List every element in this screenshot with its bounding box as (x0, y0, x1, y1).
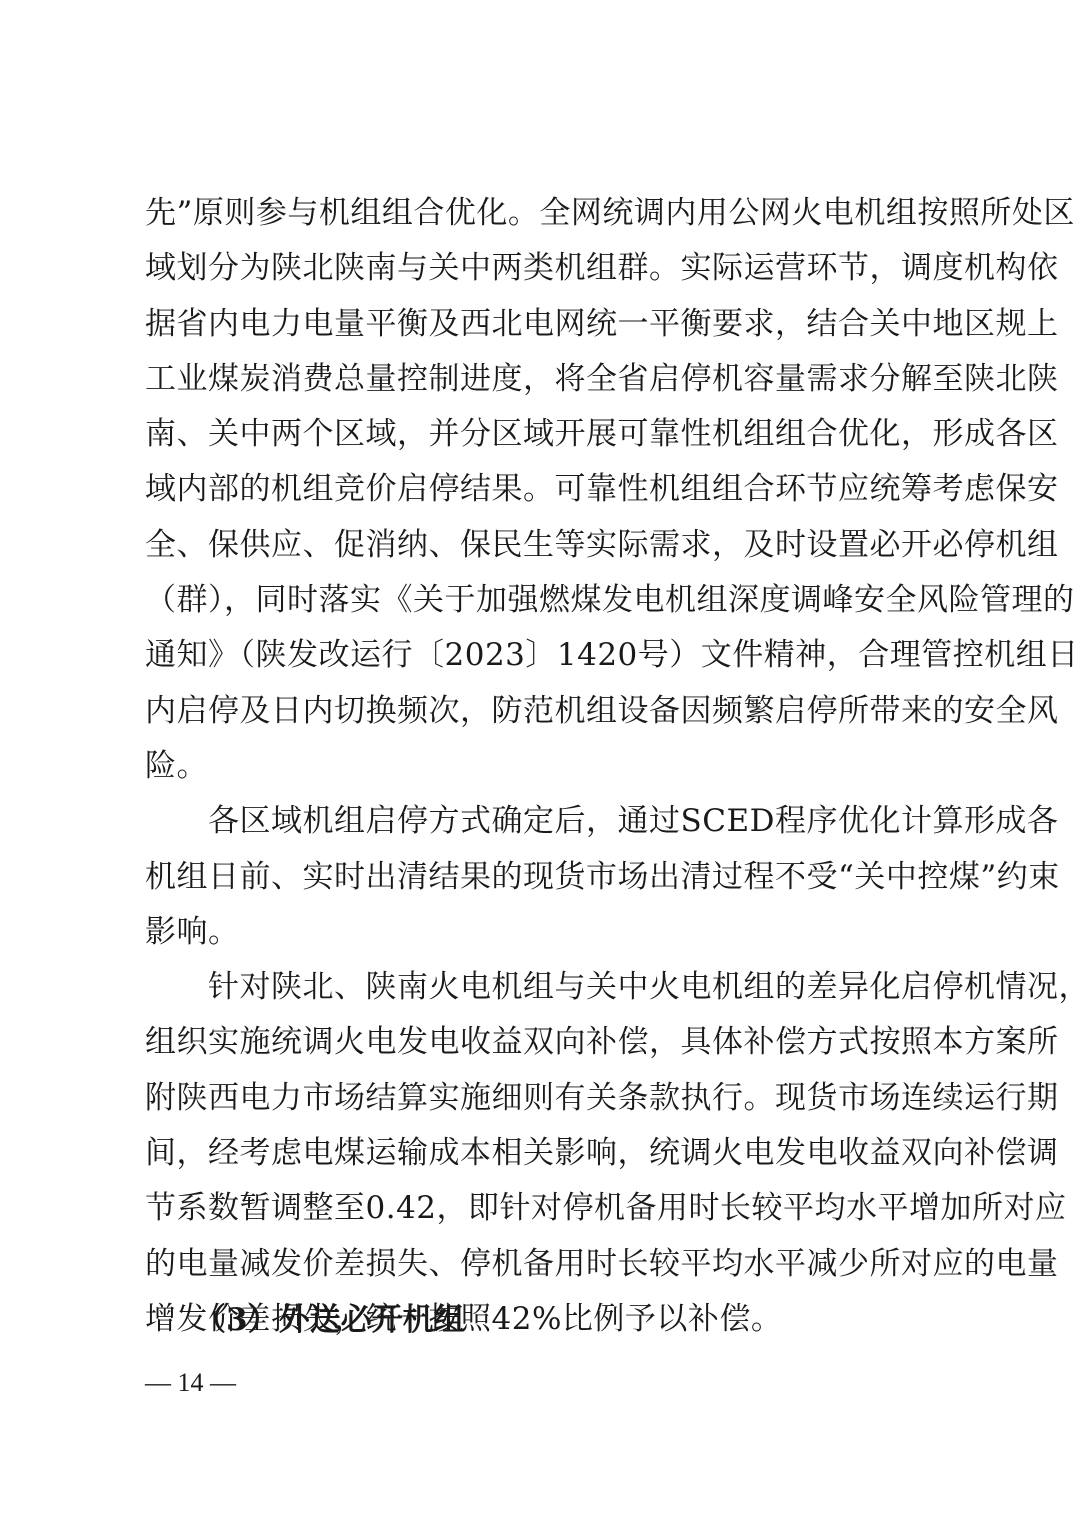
section-heading: （3）外送必开机组 (195, 1293, 465, 1348)
text-line: 针对陕北、陕南火电机组与关中火电机组的差异化启停机情况， (145, 960, 947, 1015)
text-line: 间，经考虑电煤运输成本相关影响，统调火电发电收益双向补偿调 (145, 1126, 947, 1181)
text-line: 内启停及日内切换频次，防范机组设备因频繁启停所带来的安全风 (145, 684, 947, 739)
text-line: 附陕西电力市场结算实施细则有关条款执行。现货市场连续运行期 (145, 1071, 947, 1126)
text-line: 南、关中两个区域，并分区域开展可靠性机组组合优化，形成各区 (145, 407, 947, 462)
text-line: 的电量减发价差损失、停机备用时长较平均水平减少所对应的电量 (145, 1237, 947, 1292)
text-line: 通知》（陕发改运行〔2023〕1420号）文件精神，合理管控机组日 (145, 628, 947, 683)
text-line: （群），同时落实《关于加强燃煤发电机组深度调峰安全风险管理的 (145, 573, 947, 628)
page-number: — 14 — (145, 1363, 236, 1403)
text-line: 机组日前、实时出清结果的现货市场出清过程不受“关中控煤”约束 (145, 850, 947, 905)
text-line: 据省内电力电量平衡及西北电网统一平衡要求，结合关中地区规上 (145, 297, 947, 352)
text-line: 各区域机组启停方式确定后，通过SCED程序优化计算形成各 (145, 794, 947, 849)
text-line: 工业煤炭消费总量控制进度，将全省启停机容量需求分解至陕北陕 (145, 352, 947, 407)
text-line: 域内部的机组竞价启停结果。可靠性机组组合环节应统筹考虑保安 (145, 462, 947, 517)
text-line: 组织实施统调火电发电收益双向补偿，具体补偿方式按照本方案所 (145, 1015, 947, 1070)
text-line: 节系数暂调整至0.42，即针对停机备用时长较平均水平增加所对应 (145, 1181, 947, 1236)
text-line: 险。 (145, 739, 947, 794)
text-line: 全、保供应、促消纳、保民生等实际需求，及时设置必开必停机组 (145, 518, 947, 573)
text-line: 先”原则参与机组组合优化。全网统调内用公网火电机组按照所处区 (145, 186, 947, 241)
text-line: 域划分为陕北陕南与关中两类机组群。实际运营环节，调度机构依 (145, 241, 947, 296)
text-line: 影响。 (145, 905, 947, 960)
document-body: 先”原则参与机组组合优化。全网统调内用公网火电机组按照所处区 域划分为陕北陕南与… (145, 186, 947, 1347)
